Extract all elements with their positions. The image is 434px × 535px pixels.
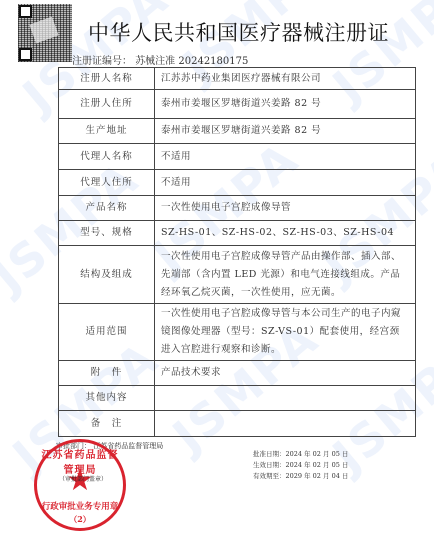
seal-note: （审批部门盖章） [43,474,123,483]
dates-block: 批准日期：2024 年 02 月 05 日 生效日期：2024 年 02 月 0… [253,449,348,482]
row-value: 一次性使用电子宫腔成像导管与本公司生产的电子内窥镜图像处理器（型号：SZ-VS-… [155,304,416,361]
table-row: 代理人住所 不适用 [59,170,416,196]
certificate-table: 注册人名称 江苏苏中药业集团医疗器械有限公司 注册人住所 泰州市姜堰区罗塘街道兴… [58,67,416,437]
registration-number-value: 苏械注准 20242180175 [135,56,248,67]
row-label: 适用范围 [59,304,155,361]
row-label: 注册人名称 [59,68,155,90]
table-row: 生产地址 泰州市姜堰区罗塘街道兴姜路 82 号 [59,119,416,144]
row-label: 其他内容 [59,386,155,411]
row-label: 注册人住所 [59,90,155,119]
table-row: 其他内容 [59,386,416,411]
table-row: 备 注 [59,411,416,437]
row-label: 代理人住所 [59,170,155,196]
table-row: 代理人名称 不适用 [59,144,416,170]
row-value: 江苏苏中药业集团医疗器械有限公司 [155,68,416,90]
row-value: 泰州市姜堰区罗塘街道兴姜路 82 号 [155,90,416,119]
qr-code [18,4,72,62]
seal-bottom-text: 行政审批业务专用章 [37,500,123,512]
table-row: 产品名称 一次性使用电子宫腔成像导管 [59,196,416,221]
row-label: 代理人名称 [59,144,155,170]
table-row: 适用范围 一次性使用电子宫腔成像导管与本公司生产的电子内窥镜图像处理器（型号：S… [59,304,416,361]
row-value: 产品技术要求 [155,361,416,386]
row-label: 产品名称 [59,196,155,221]
row-value: 一次性使用电子宫腔成像导管 [155,196,416,221]
registration-number: 注册证编号： 苏械注准 20242180175 [72,52,248,67]
table-row: 结构及组成 一次性使用电子宫腔成像导管产品由操作部、插入部、先端部（含内置 LE… [59,246,416,304]
row-label: 生产地址 [59,119,155,144]
row-value: 泰州市姜堰区罗塘街道兴姜路 82 号 [155,119,416,144]
row-value [155,411,416,437]
seal-number: （2） [37,514,123,525]
row-label: 型号、规格 [59,221,155,246]
row-value: 不适用 [155,144,416,170]
row-value: 一次性使用电子宫腔成像导管产品由操作部、插入部、先端部（含内置 LED 光源）和… [155,246,416,304]
approval-date: 批准日期：2024 年 02 月 05 日 [253,449,348,460]
effective-date: 生效日期：2024 年 02 月 05 日 [253,460,348,471]
row-label: 备 注 [59,411,155,437]
row-label: 结构及组成 [59,246,155,304]
row-value: 不适用 [155,170,416,196]
table-row: 型号、规格 SZ-HS-01、SZ-HS-02、SZ-HS-03、SZ-HS-0… [59,221,416,246]
row-value [155,386,416,411]
table-row: 注册人住所 泰州市姜堰区罗塘街道兴姜路 82 号 [59,90,416,119]
table-row: 附 件 产品技术要求 [59,361,416,386]
registration-number-label: 注册证编号： [72,56,132,67]
expiry-date: 有效期至：2029 年 02 月 04 日 [253,471,348,482]
certificate-title: 中华人民共和国医疗器械注册证 [88,17,389,47]
row-value: SZ-HS-01、SZ-HS-02、SZ-HS-03、SZ-HS-04 [155,221,416,246]
table-row: 注册人名称 江苏苏中药业集团医疗器械有限公司 [59,68,416,90]
row-label: 附 件 [59,361,155,386]
official-seal: 江苏省药品监督管理局 ★ （审批部门盖章） 行政审批业务专用章 （2） [34,439,126,531]
